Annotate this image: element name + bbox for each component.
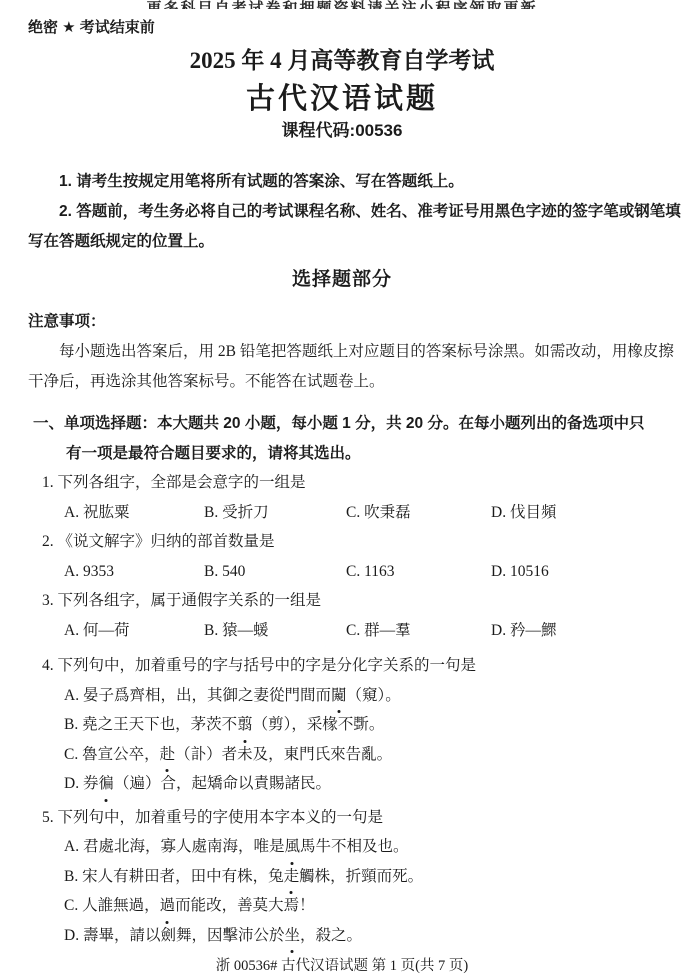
option-text: 觸株，折頸而死。 [299,868,423,885]
option-a: A. 9353 [64,557,114,587]
question-3-stem: 3. 下列各组字，属于通假字关系的一组是 [28,586,656,616]
part-one-heading: 一、单项选择题：本大题共 20 小题，每小题 1 分，共 20 分。在每小题列出… [28,409,656,468]
option-d: D. 券徧（遍）合，起矯命以責賜諸民。 [28,769,656,799]
option-b: B. 猿—蝯 [204,616,269,646]
option-c: C. 吹秉磊 [346,498,411,528]
question-2-options: A. 9353 B. 540 C. 1163 D. 10516 [28,557,656,587]
option-d: D. 10516 [491,557,549,587]
option-b: B. 受折刀 [204,498,269,528]
option-a: A. 何—荷 [64,616,129,646]
option-c: C. 人誰無過，過而能改，善莫大焉！ [28,891,656,921]
option-text: D. 壽畢，請以劍舞，因擊沛公於 [64,927,284,944]
general-instructions: 1. 请考生按规定用笔将所有试题的答案涂、写在答题纸上。 2. 答题前，考生务必… [28,167,682,257]
option-text: （訃）者未及，東門氏來告亂。 [175,746,392,763]
option-a: A. 晏子爲齊相，出，其御之妻從門間而闚（窺）。 [28,681,656,711]
exam-session-title: 2025 年 4 月高等教育自学考试 [28,45,656,77]
emphasized-char: 闚 [331,681,347,711]
cropped-topline: 更多科目自考试卷和押题资料请关注小程序领取更新 [28,0,656,9]
question-1: 1. 下列各组字，全部是会意字的一组是 A. 祝肱粟 B. 受折刀 C. 吹秉磊… [28,468,656,527]
page-footer: 浙 00536# 古代汉语试题 第 1 页(共 7 页) [28,956,656,976]
emphasized-char: 翦 [237,710,253,740]
option-c: C. 魯宣公卒，赴（訃）者未及，東門氏來告亂。 [28,740,656,770]
question-4: 4. 下列句中，加着重号的字与括号中的字是分化字关系的一句是 A. 晏子爲齊相，… [28,651,656,799]
notice-body: 每小题选出答案后，用 2B 铅笔把答题纸上对应题目的答案标号涂黑。如需改动，用橡… [28,337,682,397]
emphasized-char: 走 [284,862,300,892]
option-text: （剪），采椽不斲。 [253,716,385,733]
option-a: A. 君處北海，寡人處南海，唯是風馬牛不相及也。 [28,832,656,862]
option-text: ，殺之。 [300,927,362,944]
question-2-stem: 2. 《说文解字》归纳的部首数量是 [28,527,656,557]
option-text: （窺）。 [346,687,400,704]
option-text: B. 堯之王天下也，茅茨不 [64,716,237,733]
option-text: B. 宋人有耕田者，田中有株，兔 [64,868,284,885]
question-5-stem: 5. 下列句中，加着重号的字使用本字本义的一句是 [28,803,656,833]
notice-label: 注意事项： [28,307,656,337]
security-classification: 绝密 ★ 考试结束前 [28,17,656,39]
emphasized-char: 過 [160,891,176,921]
option-text: （遍）合，起矯命以責賜諸民。 [114,775,331,792]
option-text: D. 券 [64,775,98,792]
option-d: D. 伐目頻 [491,498,556,528]
option-text: C. 魯宣公卒， [64,746,160,763]
question-5: 5. 下列句中，加着重号的字使用本字本义的一句是 A. 君處北海，寡人處南海，唯… [28,803,656,951]
paper-title: 古代汉语试题 [28,79,656,119]
question-4-stem: 4. 下列句中，加着重号的字与括号中的字是分化字关系的一句是 [28,651,656,681]
question-2: 2. 《说文解字》归纳的部首数量是 A. 9353 B. 540 C. 1163… [28,527,656,586]
option-text: 馬牛不相及也。 [300,838,409,855]
emphasized-char: 赴 [160,740,176,770]
option-text: A. 晏子爲齊相，出，其御之妻從門間而 [64,687,331,704]
section-heading: 选择题部分 [28,265,656,295]
exam-paper-page: 更多科目自考试卷和押题资料请关注小程序领取更新 绝密 ★ 考试结束前 2025 … [0,0,684,976]
option-d: D. 矜—鰥 [491,616,556,646]
option-text: A. 君處北海，寡人處南海，唯是 [64,838,284,855]
option-c: C. 群—羣 [346,616,411,646]
cropped-topline-text: 更多科目自考试卷和押题资料请关注小程序领取更新 [146,0,537,9]
emphasized-char: 徧 [98,769,114,799]
option-b: B. 540 [204,557,245,587]
option-b: B. 宋人有耕田者，田中有株，兔走觸株，折頸而死。 [28,862,656,892]
option-b: B. 堯之王天下也，茅茨不翦（剪），采椽不斲。 [28,710,656,740]
option-c: C. 1163 [346,557,395,587]
instruction-item-2: 2. 答题前，考生务必将自己的考试课程名称、姓名、准考证号用黑色字迹的签字笔或钢… [28,197,682,257]
option-a: A. 祝肱粟 [64,498,129,528]
course-code: 课程代码:00536 [28,119,656,143]
option-text: C. 人誰無過， [64,897,160,914]
question-3-options: A. 何—荷 B. 猿—蝯 C. 群—羣 D. 矜—鰥 [28,616,656,646]
emphasized-char: 坐 [284,921,300,951]
option-d: D. 壽畢，請以劍舞，因擊沛公於坐，殺之。 [28,921,656,951]
option-text: 而能改，善莫大焉！ [175,897,315,914]
question-3: 3. 下列各组字，属于通假字关系的一组是 A. 何—荷 B. 猿—蝯 C. 群—… [28,586,656,645]
question-1-options: A. 祝肱粟 B. 受折刀 C. 吹秉磊 D. 伐目頻 [28,498,656,528]
question-1-stem: 1. 下列各组字，全部是会意字的一组是 [28,468,656,498]
emphasized-char: 風 [284,832,300,862]
instruction-item-1: 1. 请考生按规定用笔将所有试题的答案涂、写在答题纸上。 [28,167,682,197]
